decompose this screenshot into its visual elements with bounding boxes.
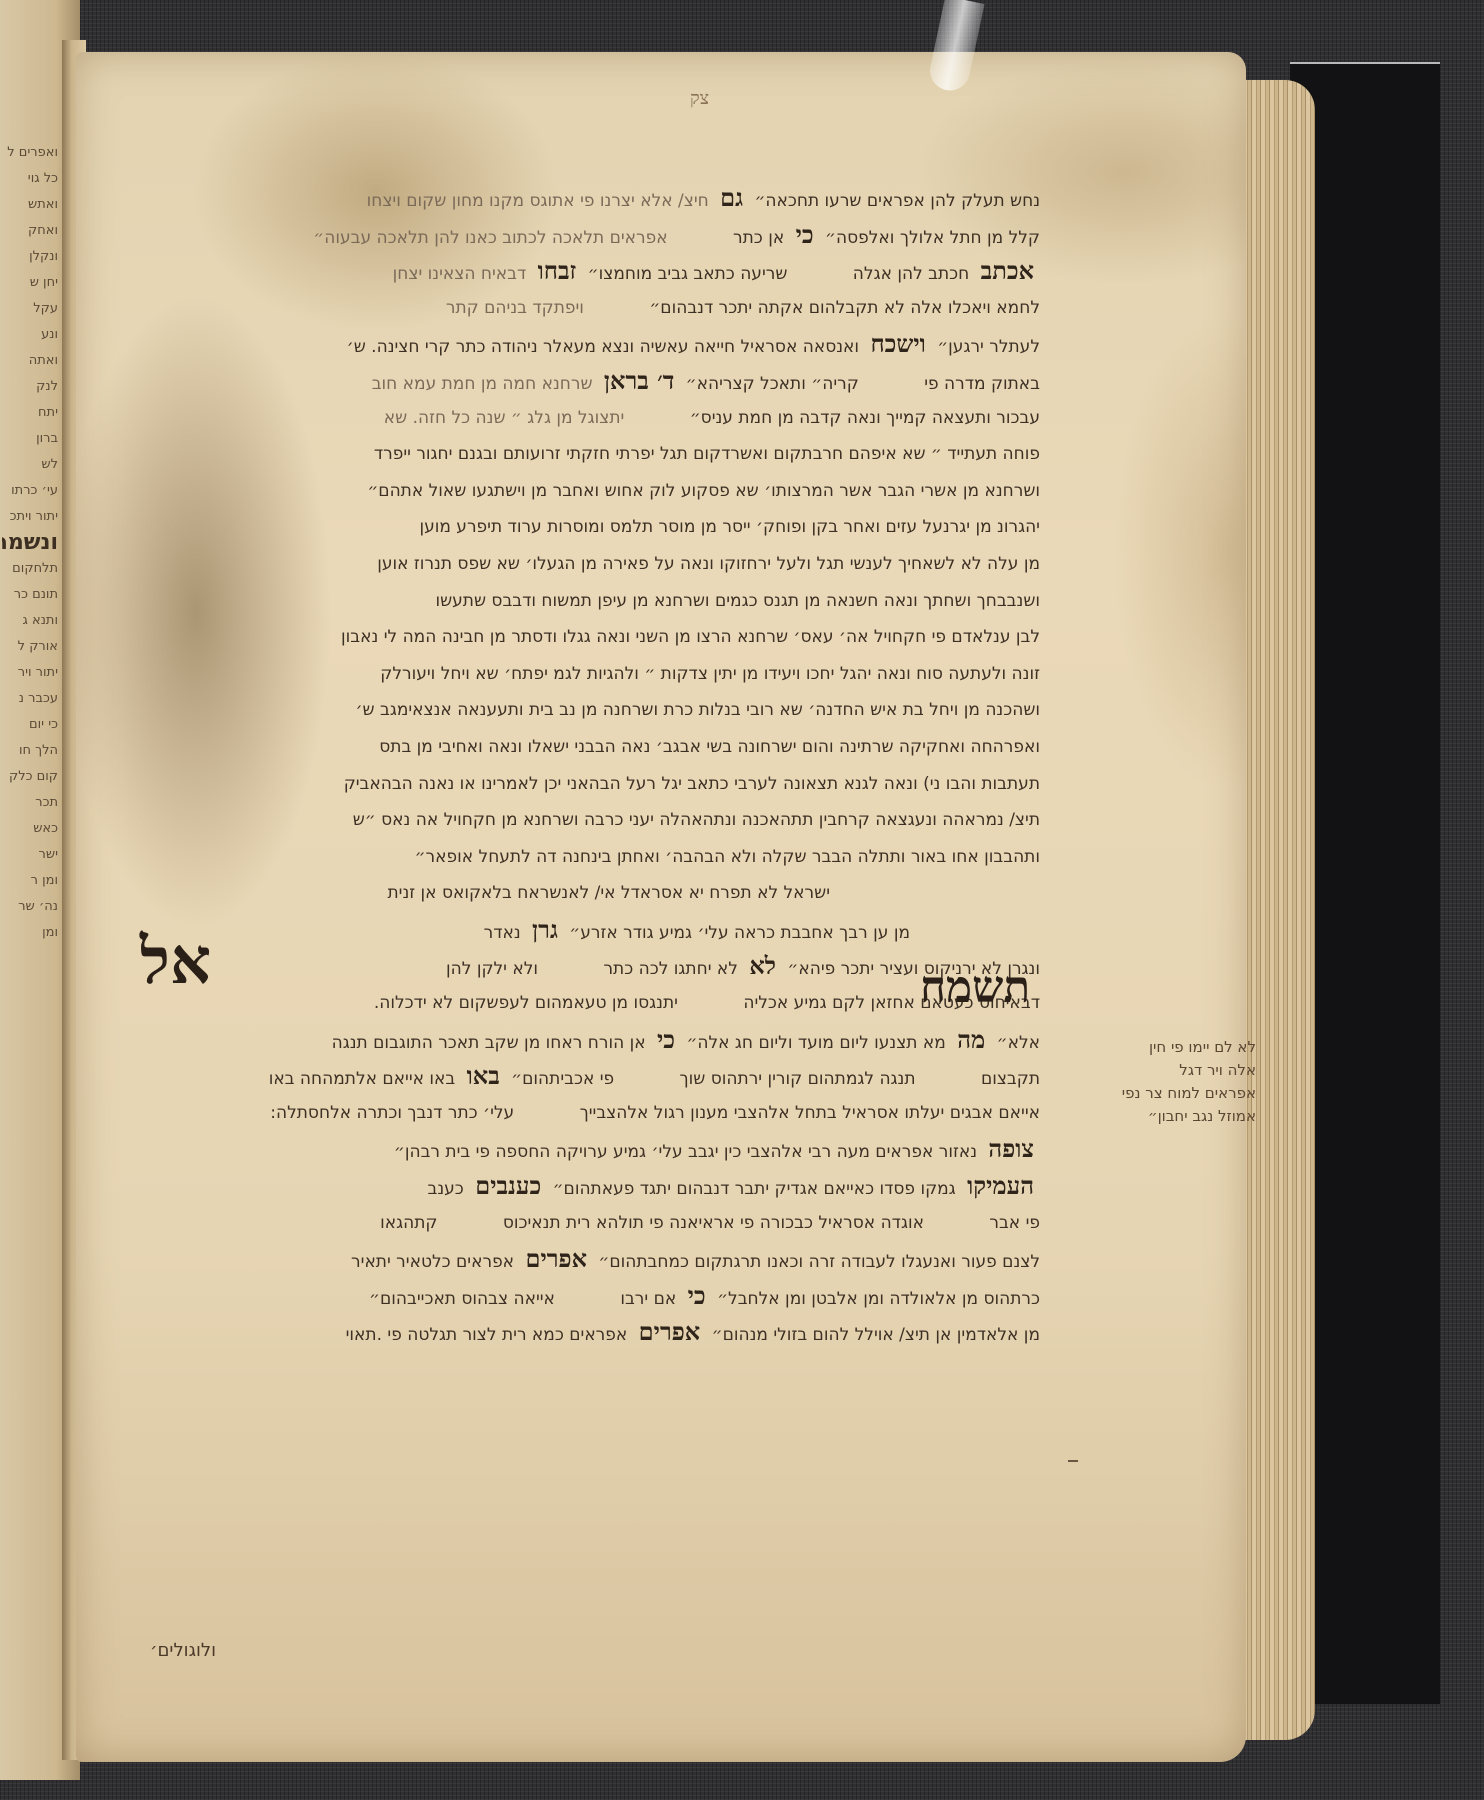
left-page-line: כל גוי [2, 166, 58, 192]
lemma-word: וישכח [870, 329, 925, 358]
text-segment: נחש תעלק להן אפראים שרעו תחכאה״ [754, 183, 1040, 217]
text-segment: אפראים תלאכה לכתוב כאנו להן תלאכה עבעוה״ [313, 220, 667, 254]
lemma-word: אפרים [525, 1244, 587, 1273]
lemma-word: ד׳ בראן [604, 366, 674, 395]
lemma-word: כי [688, 1281, 706, 1310]
text-segment: יתנגסו מן טעאמהום לעפשקום לא ידכלוה. [374, 985, 678, 1021]
main-text-block: נחש תעלק להן אפראים שרעו תחכאה״ גם חיצ/ … [120, 180, 1040, 1351]
text-line: העמיקו גמקו פסדו כאייאם אגדיק יתבר דנבהו… [120, 1168, 1040, 1205]
text-segment: גמקו פסדו כאייאם אגדיק יתבר דנבהום יתגד … [553, 1171, 956, 1205]
left-page-line: יחן ש [2, 270, 58, 296]
text-segment: כרתהוס מן אלאולדה ומן אלבטן ומן אלחבל״ [717, 1281, 1040, 1315]
text-segment: דבאיח הצאינו יצחן [393, 256, 527, 290]
text-segment: לצנם פעור ואנעגלו לעבודה זרה וכאנו תרגתק… [598, 1244, 1040, 1278]
left-page-line: לנק [2, 374, 58, 400]
text-segment: נאזור אפראים מעה רבי אלהצבי כין יגבב עלי… [394, 1134, 977, 1168]
text-line: יהגרונ מן יגרנעל עזים ואחר בקן ופוחק׳ יי… [120, 509, 1040, 546]
text-line: לחמא ויאכלו אלה לא תקבלהום אקתה יתכר דנב… [120, 290, 1040, 327]
left-page-line: אורק ל [2, 634, 58, 660]
lemma-word: זבחו [538, 256, 577, 285]
left-page-line: ונע [2, 322, 58, 348]
left-page-line: ונקלן [2, 244, 58, 270]
text-segment: פי אבר [989, 1205, 1040, 1241]
left-page-line: ואפרים ל [2, 140, 58, 166]
left-page-line: עקל [2, 296, 58, 322]
lemma-word: צופה [988, 1134, 1034, 1163]
margin-dash [1068, 1460, 1078, 1462]
text-segment: זונה ולעתעה סוח ונאה יהגל יחכו ויעידו מן… [380, 656, 1040, 692]
text-segment: נאדר [484, 915, 521, 949]
left-page-line: נה׳ שר [2, 894, 58, 920]
margin-note-line: לא לם יימו פי חין [1046, 1036, 1256, 1059]
text-segment: מן אלאדמין אן תיצ/ אוילל להום בזולי מנהו… [712, 1317, 1040, 1351]
left-page-line: יתור ויתכ [2, 504, 58, 530]
text-line: צופה נאזור אפראים מעה רבי אלהצבי כין יגב… [120, 1131, 1040, 1168]
large-lemma-top: אל [140, 930, 211, 994]
lemma-word: גם [720, 183, 743, 212]
lemma-word: כענבים [475, 1171, 541, 1200]
left-page-line: ומן ר [2, 868, 58, 894]
text-line: ושרחנא מן אשרי הגבר אשר המרצותו׳ שא פסקו… [120, 473, 1040, 510]
text-segment: ואנסאה אסראיל חייאה עאשיה ונצא מעאלר ניה… [347, 329, 859, 363]
margin-note-line: אלה ויר דגל [1046, 1059, 1256, 1082]
text-segment: אפראים כלטאיר יתאיר [351, 1244, 514, 1278]
text-line: עבכור ותעצאה קמייך ונאה קדבה מן חמת עניס… [120, 400, 1040, 437]
lemma-word: לא [749, 951, 776, 980]
left-page-line: קום כלק [2, 764, 58, 790]
left-page-line: ומן [2, 920, 58, 946]
text-line: ואפרהחה ואחקיקה שרתינה והום ישרחונה בשי … [120, 729, 1040, 766]
left-page-line: ותנא ג [2, 608, 58, 634]
text-segment: ושרחנא מן אשרי הגבר אשר המרצותו׳ שא פסקו… [367, 473, 1040, 509]
margin-note-line: אמוזל נגב יחבון״ [1046, 1105, 1256, 1128]
left-page-line: ישר [2, 842, 58, 868]
marginal-note: לא לם יימו פי חיןאלה ויר דגלאפראים למוח … [1046, 1036, 1256, 1128]
lemma-word: כי [657, 1025, 675, 1054]
text-line: תקבצום תנגה לגמתהום קורין ירתהוס שוך פי … [120, 1058, 1040, 1095]
lemma-word: כי [796, 220, 814, 249]
text-segment: אן הורח ראחו מן שקב תאכר התוגבום תנגה [332, 1025, 646, 1059]
folio-number: צק [690, 88, 709, 109]
left-page-line: ברון [2, 426, 58, 452]
text-line: דבאיחוס כעטאם אחזאן לקם גמיע אכליה יתנגס… [120, 985, 1040, 1022]
lemma-word: העמיקו [967, 1171, 1034, 1200]
text-segment: אפראים כמא רית לצור תגלטה פי .תאוי [346, 1317, 628, 1351]
text-segment: עבכור ותעצאה קמייך ונאה קדבה מן חמת עניס… [690, 400, 1040, 436]
margin-note-line: אפראים למוח צר נפי [1046, 1082, 1256, 1105]
left-page-line: עי׳ כרתו [2, 478, 58, 504]
text-line: ונגרן לא ירניקוס ועציר יתכר פיהא״ לא לא … [120, 948, 1040, 985]
text-segment: כענב [428, 1171, 464, 1205]
left-page-line: יתור ויר [2, 660, 58, 686]
text-line: אלא״ מה מא תצנעו ליום מועד וליום חג אלה״… [120, 1022, 1040, 1059]
text-line: קלל מן חתל אלולך ואלפסה״ כי אן כתר אפראי… [120, 217, 1040, 254]
text-segment: באתוק מדרה פי [924, 366, 1040, 400]
left-page-line: ואתש [2, 192, 58, 218]
left-page-line: ואחק [2, 218, 58, 244]
text-segment: ולא ילקן להן [446, 951, 538, 985]
text-line: לבן ענלאדם פי חקחויל אה׳ עאס׳ שרחנא הרצו… [120, 619, 1040, 656]
text-segment: ויפתקד בניהם קתר [446, 290, 584, 326]
text-segment: לעתלר ירגען״ [937, 329, 1040, 363]
left-page-line: יתח [2, 400, 58, 426]
left-page-line: ואתה [2, 348, 58, 374]
text-line: אכתב חכתב להן אגלה שריעה כתאב גביב מוחמצ… [120, 253, 1040, 290]
text-segment: עלי׳ כתר דנבך וכתרה אלחסתלה: [270, 1095, 514, 1131]
text-segment: קתהגאו [380, 1205, 437, 1241]
lemma-word: אפרים [639, 1317, 701, 1346]
left-page-line: תכר [2, 790, 58, 816]
text-segment: ושנבבחך ושחתך ונאה חשנאה מן תגנס כגמים ו… [435, 583, 1040, 619]
text-line: ושהכנה מן ויחל בת איש החדנה׳ שא רובי בנל… [120, 692, 1040, 729]
lemma-word: גרן [532, 915, 558, 944]
text-segment: חיצ/ אלא יצרנו פי אתוגס מקנו מחון שקום ו… [367, 183, 709, 217]
text-line: זונה ולעתעה סוח ונאה יהגל יחכו ויעידו מן… [120, 656, 1040, 693]
large-lemma-bottom: תשמח [920, 958, 1030, 1018]
text-segment: שריעה כתאב גביב מוחמצו״ [588, 256, 788, 290]
left-page-line: ונשמרה [2, 530, 58, 556]
text-line: לצנם פעור ואנעגלו לעבודה זרה וכאנו תרגתק… [120, 1241, 1040, 1278]
text-segment: אייאה צבהוס תאכייבהום״ [369, 1281, 555, 1315]
text-line: פי אבר אוגדה אסראיל כבכורה פי אראיאנה פי… [120, 1205, 1040, 1242]
left-page-line: עכבר נ [2, 686, 58, 712]
text-line: ותהבבון אחו באור ותתלה הבבר שקלה ולא הבה… [120, 839, 1040, 876]
text-segment: תעתבות והבו ני) ונאה לגנא תצאונה לערבי כ… [344, 766, 1040, 802]
left-page-line: הלך חו [2, 738, 58, 764]
left-page-line: כי יום [2, 712, 58, 738]
left-page-line: כאש [2, 816, 58, 842]
text-line: ישראל לא תפרח יא אסראדל אי/ לאנשראח בלאק… [120, 875, 1040, 912]
text-segment: אן כתר [733, 220, 784, 254]
text-segment: לא יחתגו לכה כתר [603, 951, 737, 985]
text-line: מן אלאדמין אן תיצ/ אוילל להום בזולי מנהו… [120, 1314, 1040, 1351]
text-segment: קריה״ ותאכל קצריהא״ [686, 366, 859, 400]
text-segment: ושהכנה מן ויחל בת איש החדנה׳ שא רובי בנל… [355, 692, 1040, 728]
text-line: תעתבות והבו ני) ונאה לגנא תצאונה לערבי כ… [120, 766, 1040, 803]
text-segment: ואפרהחה ואחקיקה שרתינה והום ישרחונה בשי … [379, 729, 1040, 765]
text-segment: תקבצום [981, 1061, 1040, 1095]
text-segment: אוגדה אסראיל כבכורה פי אראיאנה פי תולהא … [503, 1205, 924, 1241]
text-segment: שרחנא חמה מן חמת עמא חוב [372, 366, 593, 400]
text-segment: תנגה לגמתהום קורין ירתהוס שוך [680, 1061, 916, 1095]
text-segment: יתצוגל מן גלג ״ שנה כל חזה. שא [384, 400, 625, 436]
text-segment: מן ען רבך אחבבת כראה עלי׳ גמיע גודר אזרע… [569, 915, 910, 949]
text-segment: פוחה תעתייד ״ שא איפהם חרבתקום ואשרדקום … [374, 436, 1040, 472]
text-segment: באו אייאם אלתמהחה באו [269, 1061, 456, 1095]
text-line: ושנבבחך ושחתך ונאה חשנאה מן תגנס כגמים ו… [120, 583, 1040, 620]
text-line: נחש תעלק להן אפראים שרעו תחכאה״ גם חיצ/ … [120, 180, 1040, 217]
text-segment: אם ירבו [620, 1281, 676, 1315]
catchword: ולוגולים׳ [150, 1640, 216, 1661]
left-page-text: ואפרים לכל גויואתשואחקונקלןיחן שעקלונעוא… [2, 140, 58, 946]
text-segment: לבן ענלאדם פי חקחויל אה׳ עאס׳ שרחנא הרצו… [341, 619, 1040, 655]
left-page-line: תלחקום [2, 556, 58, 582]
text-line: באתוק מדרה פי קריה״ ותאכל קצריהא״ ד׳ ברא… [120, 363, 1040, 400]
text-segment: יהגרונ מן יגרנעל עזים ואחר בקן ופוחק׳ יי… [419, 509, 1040, 545]
text-segment: ותהבבון אחו באור ותתלה הבבר שקלה ולא הבה… [415, 839, 1040, 875]
text-line: מן עלה לא לשאחיך לענשי תגל ולעל ירחזוקו … [120, 546, 1040, 583]
left-page-line: תונם כר [2, 582, 58, 608]
text-segment: חכתב להן אגלה [853, 256, 969, 290]
text-segment: אייאם אבגים יעלתו אסראיל בתחל אלהצבי מענ… [580, 1095, 1040, 1131]
text-segment: תיצ/ נמראהה ונעגצאה קרחבין תתהאכנה ונתהא… [353, 802, 1040, 838]
text-segment: אלא״ [997, 1025, 1040, 1059]
text-segment: ישראל לא תפרח יא אסראדל אי/ לאנשראח בלאק… [387, 875, 830, 911]
text-segment: מא תצנעו ליום מועד וליום חג אלה״ [686, 1025, 945, 1059]
lemma-word: אכתב [981, 256, 1034, 285]
lemma-word: מה [957, 1025, 985, 1054]
text-line: לעתלר ירגען״ וישכח ואנסאה אסראיל חייאה ע… [120, 326, 1040, 363]
text-segment: קלל מן חתל אלולך ואלפסה״ [825, 220, 1040, 254]
text-line: כרתהוס מן אלאולדה ומן אלבטן ומן אלחבל״ כ… [120, 1278, 1040, 1315]
text-line: פוחה תעתייד ״ שא איפהם חרבתקום ואשרדקום … [120, 436, 1040, 473]
text-line: אייאם אבגים יעלתו אסראיל בתחל אלהצבי מענ… [120, 1095, 1040, 1132]
text-segment: לחמא ויאכלו אלה לא תקבלהום אקתה יתכר דנב… [649, 290, 1040, 326]
lemma-word: באו [467, 1061, 500, 1090]
text-line: מן ען רבך אחבבת כראה עלי׳ גמיע גודר אזרע… [120, 912, 1040, 949]
left-page-line: לש [2, 452, 58, 478]
text-segment: פי אכביתהום״ [511, 1061, 614, 1095]
text-line: תיצ/ נמראהה ונעגצאה קרחבין תתהאכנה ונתהא… [120, 802, 1040, 839]
text-segment: מן עלה לא לשאחיך לענשי תגל ולעל ירחזוקו … [377, 546, 1040, 582]
